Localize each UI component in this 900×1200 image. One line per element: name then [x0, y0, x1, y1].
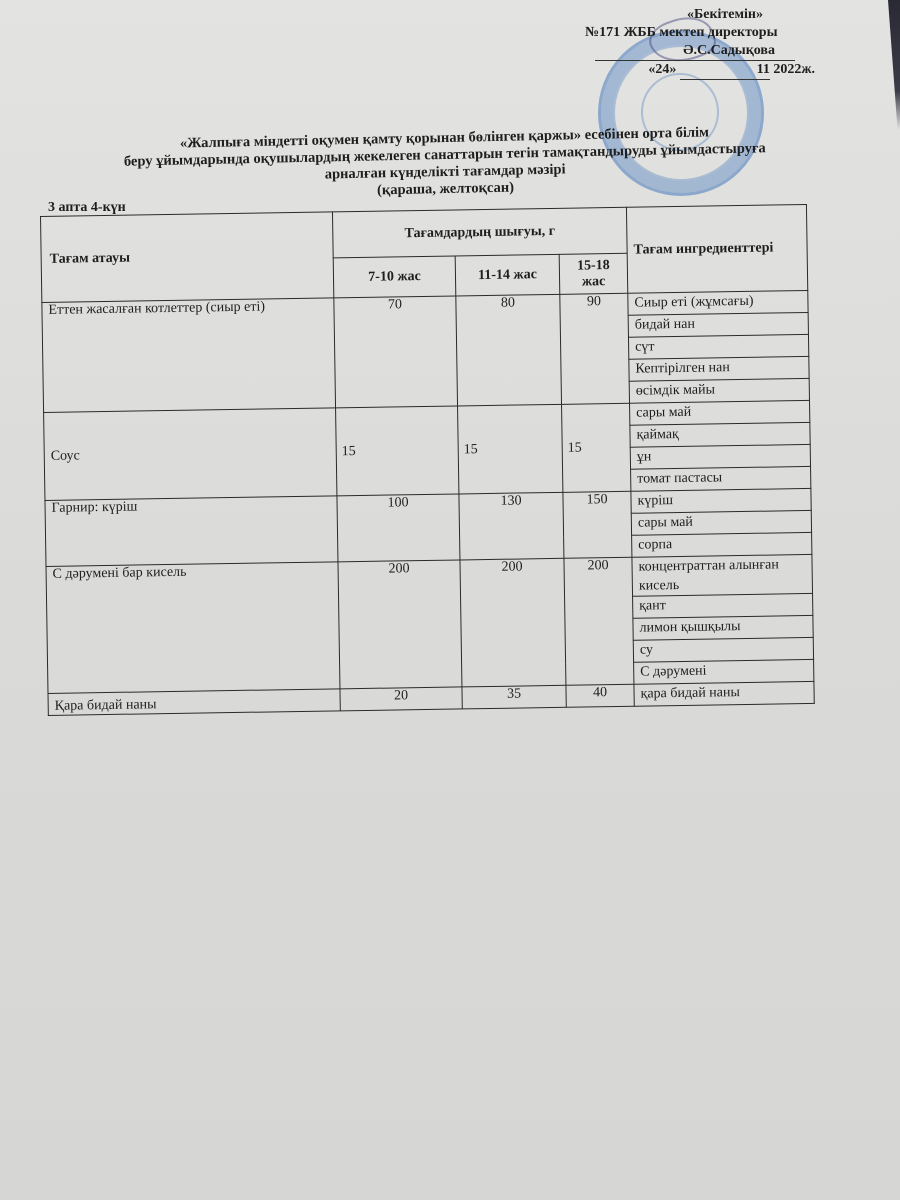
header-age-15-18: 15-18 жас: [559, 253, 628, 294]
approval-date-day: «24»: [648, 62, 676, 77]
approval-date-year: 2022ж.: [773, 62, 815, 77]
portion-value-cell: 150: [563, 491, 632, 558]
dish-name-cell: Қара бидай наны: [48, 689, 340, 716]
portion-value-cell: 200: [338, 560, 462, 689]
approval-heading: «Бекітемін»: [625, 6, 825, 24]
ingredient-cell: қара бидай наны: [634, 681, 814, 706]
ingredient-cell: өсімдік майы: [629, 378, 809, 403]
portion-value-cell: 15: [336, 406, 459, 496]
ingredient-cell: лимон қышқылы: [633, 615, 813, 640]
ingredient-cell: сары май: [631, 510, 811, 535]
approval-block: «Бекітемін» №171 ЖББ мектеп директоры Ә.…: [585, 6, 825, 80]
ingredient-cell: сары май: [630, 400, 810, 425]
ingredient-cell: қаймақ: [630, 422, 810, 447]
week-day-label: 3 апта 4-күн: [48, 200, 126, 216]
approval-date: «24» 11 2022ж.: [585, 61, 825, 80]
header-age-7-10: 7-10 жас: [333, 256, 456, 298]
portion-value-cell: 15: [458, 404, 563, 494]
ingredient-cell: су: [633, 637, 813, 662]
approval-position: №171 ЖББ мектеп директоры: [585, 24, 825, 42]
portion-value-cell: 40: [566, 684, 634, 707]
header-age-11-14: 11-14 жас: [455, 254, 560, 296]
portion-value-cell: 70: [334, 296, 458, 408]
dish-name-cell: Еттен жасалған котлеттер (сиыр еті): [42, 298, 336, 413]
ingredient-cell: Кептірілген нан: [629, 356, 809, 381]
portion-value-cell: 200: [564, 557, 634, 685]
ingredient-cell: қант: [633, 593, 813, 618]
ingredient-cell: сорпа: [632, 532, 812, 557]
portion-value-cell: 200: [460, 558, 566, 687]
portion-value-cell: 100: [337, 494, 460, 562]
header-dish-name: Тағам атауы: [41, 212, 334, 303]
dish-name-cell: Соус: [44, 408, 337, 501]
dish-name-cell: Гарнир: күріш: [45, 496, 338, 567]
portion-value-cell: 80: [456, 294, 562, 406]
portion-value-cell: 35: [462, 685, 566, 709]
ingredient-cell: ұн: [630, 444, 810, 469]
approval-date-month: 11: [680, 61, 770, 80]
portion-value-cell: 90: [560, 293, 630, 404]
portion-value-cell: 20: [340, 687, 462, 711]
dish-name-cell: С дәрумені бар кисель: [46, 562, 340, 694]
ingredient-cell: С дәрумені: [634, 659, 814, 684]
ingredient-cell: концентраттан алынған кисель: [632, 554, 813, 596]
ingredient-cell: томат пастасы: [631, 466, 811, 491]
ingredient-cell: Сиыр еті (жұмсағы): [628, 290, 808, 315]
portion-value-cell: 130: [459, 492, 564, 560]
ingredient-cell: бидай нан: [628, 312, 808, 337]
header-ingredients: Тағам ингредиенттері: [626, 204, 807, 293]
menu-table: Тағам атауы Тағамдардың шығуы, г Тағам и…: [40, 204, 815, 716]
ingredient-cell: сүт: [628, 334, 808, 359]
portion-value-cell: 15: [562, 403, 631, 492]
approval-director-name: Ә.С.Садықова: [595, 42, 795, 61]
ingredient-cell: күріш: [631, 488, 811, 513]
header-yield: Тағамдардың шығуы, г: [332, 207, 627, 258]
